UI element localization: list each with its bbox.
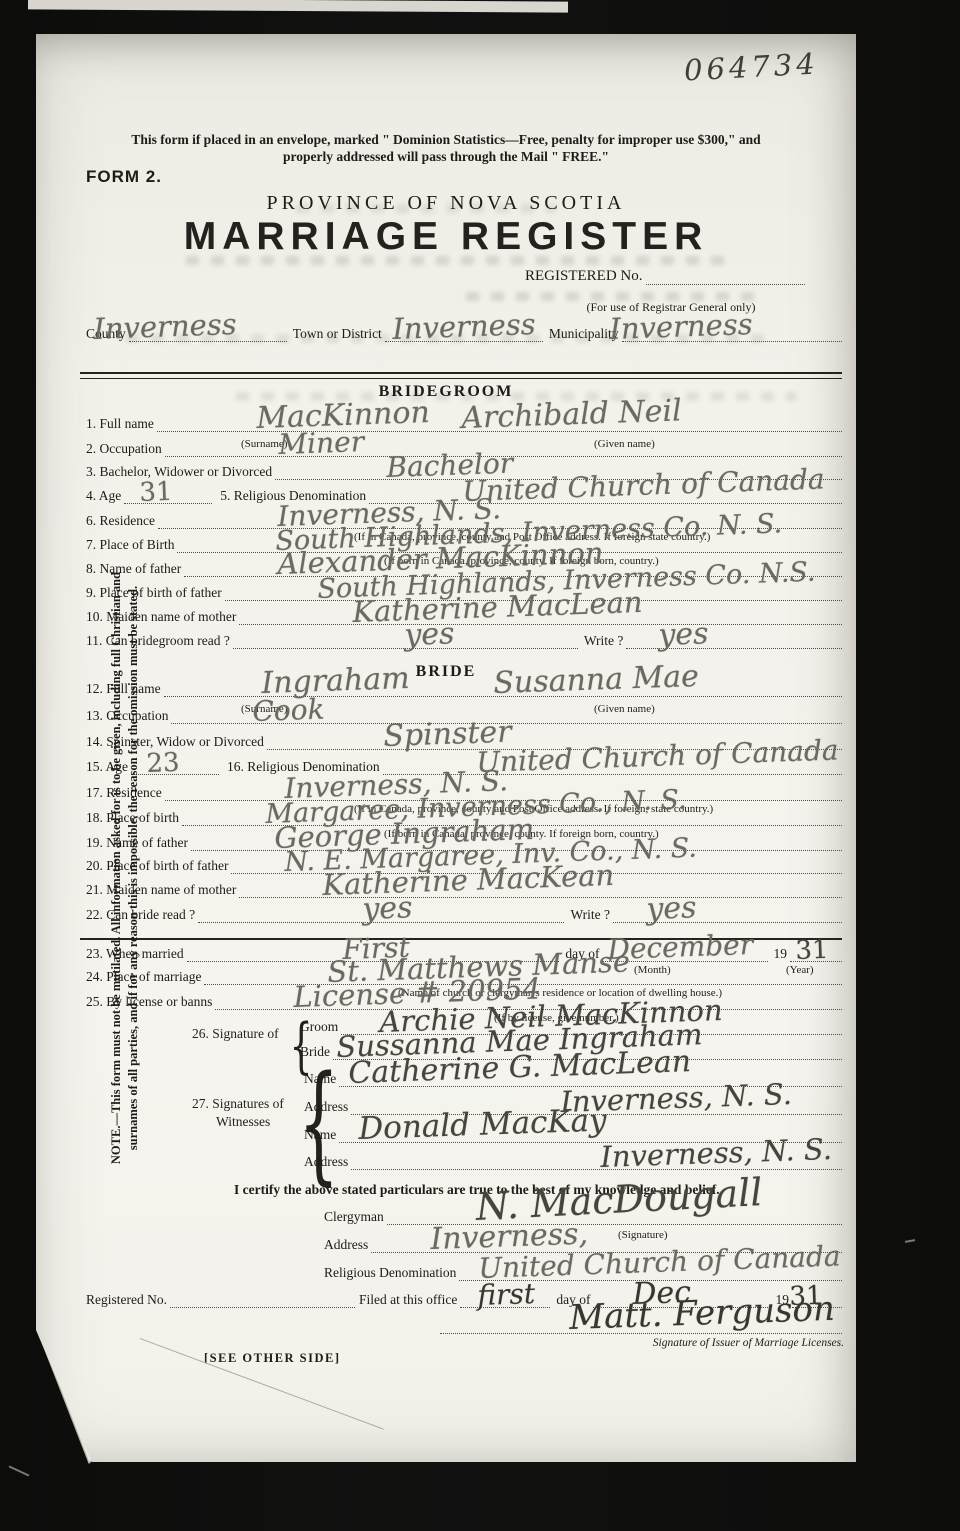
mail-instruction: This form if placed in an envelope, mark… [36,132,856,165]
margin-note: NOTE.—This form must not be mutilated. A… [108,544,142,1192]
fill-line: yes [233,628,578,649]
page-title: MARRIAGE REGISTER [36,215,856,259]
bridegroom-full-name-row: 1. Full name MacKinnon Archibald Neil [86,412,842,432]
margin-note-line2: surnames of all parties, and if for any … [125,544,142,1192]
given-name-handwriting: Archibald Neil [461,393,682,436]
bride-literacy-row: 22. Can bride read ? yes Write ? yes [86,903,842,923]
age-handwriting: 23 [146,748,180,779]
fill-line: Katherine MacLean [239,604,842,625]
fill-line: Inverness [129,321,287,342]
registered-no-row: REGISTERED No. [525,268,805,285]
fill-line: Inverness, N. S. [351,1149,842,1170]
marriage-year-handwriting: 31 [795,935,829,966]
marriage-register-form: 064734 This form if placed in an envelop… [36,34,856,1462]
given-name-handwriting: Susanna Mae [492,659,699,701]
registered-no-label: REGISTERED No. [525,268,646,285]
witness2-address-row: Address Inverness, N. S. [304,1150,842,1170]
bridegroom-literacy-row: 11. Can bridegroom read ? yes Write ? ye… [86,629,842,649]
issuer-signature-handwriting: Matt. Ferguson [569,1289,836,1338]
municipality-value-handwriting: Inverness [608,307,752,346]
filed-day-handwriting: first [477,1277,536,1312]
fill-line [646,284,806,285]
witness2-name-handwriting: Donald MacKay [358,1102,607,1147]
scan-speck [9,1465,30,1476]
form-number: FORM 2. [86,167,162,187]
fill-line: 31 [790,941,842,962]
field-label: 3. Bachelor, Widower or Divorced [86,464,275,480]
denomination-label: Religious Denomination [324,1265,459,1281]
can-read-handwriting: yes [404,616,455,653]
year-prefix-label: 19 [768,946,791,962]
field-label: 9. Place of birth of father [86,585,225,601]
fill-line: Matt. Ferguson [440,1313,842,1334]
registered-no-label: Registered No. [86,1292,170,1308]
field-label: 24. Place of marriage [86,969,204,985]
fill-line: yes [613,902,842,923]
clergyman-denomination-row: Religious Denomination United Church of … [324,1261,842,1281]
scan-speck [905,1239,915,1243]
fill-line: Inverness [622,321,842,342]
fill-line: first [460,1287,550,1308]
bride-full-name-row: 12. Full name Ingraham Susanna Mae [86,677,842,697]
fill-line: Katherine MacKean [239,877,842,898]
issuer-caption: Signature of Issuer of Marriage Licenses… [592,1337,844,1349]
field-label: 4. Age [86,488,124,504]
occupation-handwriting: Miner [278,425,365,461]
issuer-signature-row: Matt. Ferguson [440,1314,842,1334]
address-label: Address [324,1237,371,1253]
write-label: Write ? [578,633,627,649]
county-value-handwriting: Inverness [93,307,237,346]
occupation-handwriting: Cook [252,693,325,728]
write-label: Write ? [564,907,613,923]
paper-edge-sliver [28,0,568,13]
field-label: 6. Residence [86,513,158,529]
field-label: 25. By license or banns [86,994,215,1010]
address-label: Address [304,1099,351,1115]
bridegroom-heading: BRIDEGROOM [36,383,856,401]
fill-line: 23 [131,754,219,775]
filed-label: Filed at this office [355,1292,460,1308]
town-value-handwriting: Inverness [392,307,536,346]
bride-mother-row: 21. Maiden name of mother Katherine MacK… [86,878,842,898]
can-write-handwriting: yes [646,890,697,927]
see-other-side-note: [SEE OTHER SIDE] [204,1351,341,1366]
mail-instruction-line2: properly addressed will pass through the… [36,149,856,166]
mail-instruction-line1: This form if placed in an envelope, mark… [36,132,856,149]
name-label: Name [304,1127,339,1143]
section-divider [80,372,842,379]
name-label: Name [304,1071,339,1087]
fill-line [170,1287,355,1308]
fill-line: yes [626,628,842,649]
document-number: 064734 [683,46,819,87]
province-heading: PROVINCE OF NOVA SCOTIA [36,192,856,215]
fill-line: 31 [124,483,212,504]
field-label: 2. Occupation [86,441,165,457]
location-row: County Inverness Town or District Invern… [86,322,842,342]
age-handwriting: 31 [139,477,173,508]
field-label: 1. Full name [86,416,157,432]
bridegroom-mother-row: 10. Maiden name of mother Katherine MacL… [86,605,842,625]
witnesses-label-line1: 27. Signatures of [192,1096,284,1112]
fill-line: yes [198,902,564,923]
field-label: 22. Can bride read ? [86,907,198,923]
margin-note-line1: NOTE.—This form must not be mutilated. A… [108,544,125,1192]
can-read-handwriting: yes [362,890,413,927]
town-label: Town or District [287,326,385,342]
signature-of-label: 26. Signature of [192,1026,279,1042]
witness2-address-handwriting: Inverness, N. S. [600,1132,833,1174]
address-label: Address [304,1154,351,1170]
can-write-handwriting: yes [657,616,708,653]
scanned-page-background: 064734 This form if placed in an envelop… [0,0,960,1531]
fill-line: MacKinnon Archibald Neil [157,411,842,432]
fill-line: Inverness [385,321,543,342]
clergyman-label: Clergyman [324,1209,387,1225]
witnesses-label-line2: Witnesses [216,1114,270,1130]
